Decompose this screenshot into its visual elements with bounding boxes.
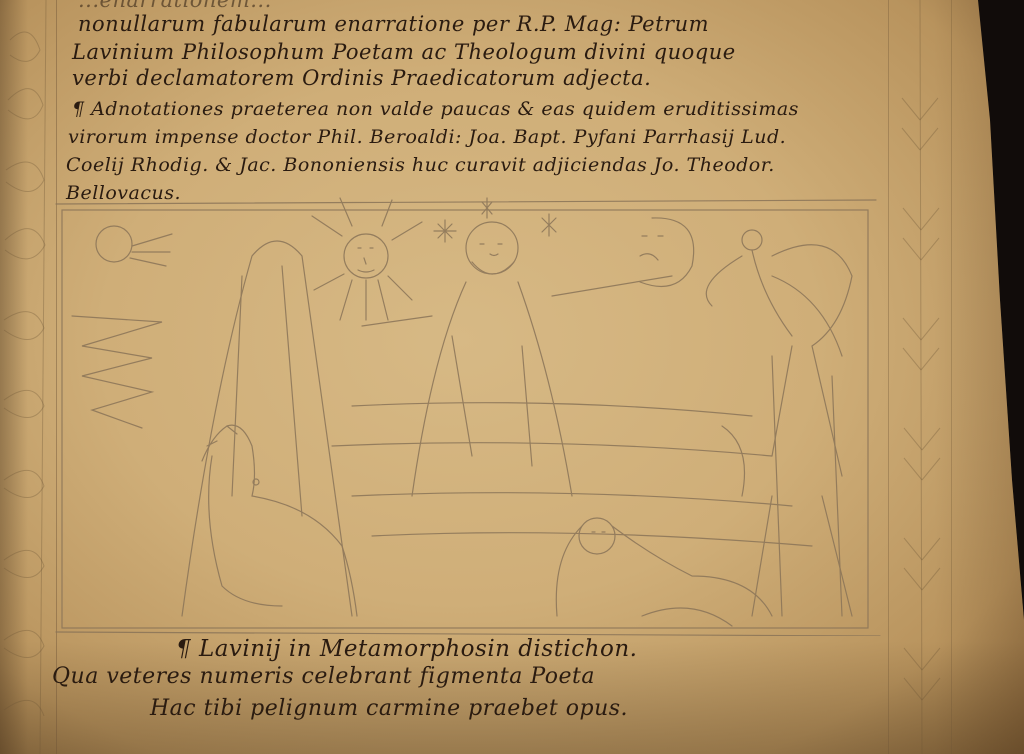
pencil-illustration [52,196,884,636]
annotation-line-2: virorum impense doctor Phil. Beroaldi: J… [68,126,786,148]
star-icon [434,220,456,242]
verse-line-1: Qua veteres numeris celebrant figmenta P… [52,664,595,689]
wind-face-icon [96,226,172,266]
verse-line-2: Hac tibi pelignum carmine praebet opus. [150,696,628,721]
goat-icon [202,425,357,616]
right-decorative-border [888,0,952,754]
header-line-3: verbi declamatorem Ordinis Praedicatorum… [72,66,651,90]
header-line-2: Lavinium Philosophum Poetam ac Theologum… [72,40,736,64]
annotation-line-1: ¶ Adnotationes praeterea non valde pauca… [72,98,799,120]
header-line-0: ...enarrationem... [78,0,272,12]
annotation-line-3: Coelij Rhodig. & Jac. Bononiensis huc cu… [66,154,775,176]
manuscript-page: ...enarrationem... nonullarum fabularum … [0,0,1024,754]
bearded-figure-icon [362,222,672,496]
sun-face-icon [312,198,422,320]
frame [62,210,868,628]
mountain [182,241,352,616]
star-icon [542,214,556,236]
crescent-moon-icon [640,218,694,287]
verse-title: ¶ Lavinij in Metamorphosin distichon. [176,636,637,662]
leaf-vine-border-icon [889,0,951,754]
floral-border-icon [0,0,56,754]
winged-figure-icon [706,230,852,616]
header-line-1: nonullarum fabularum enarratione per R.P… [78,12,709,36]
left-decorative-border [0,0,57,754]
star-icon [482,198,492,218]
